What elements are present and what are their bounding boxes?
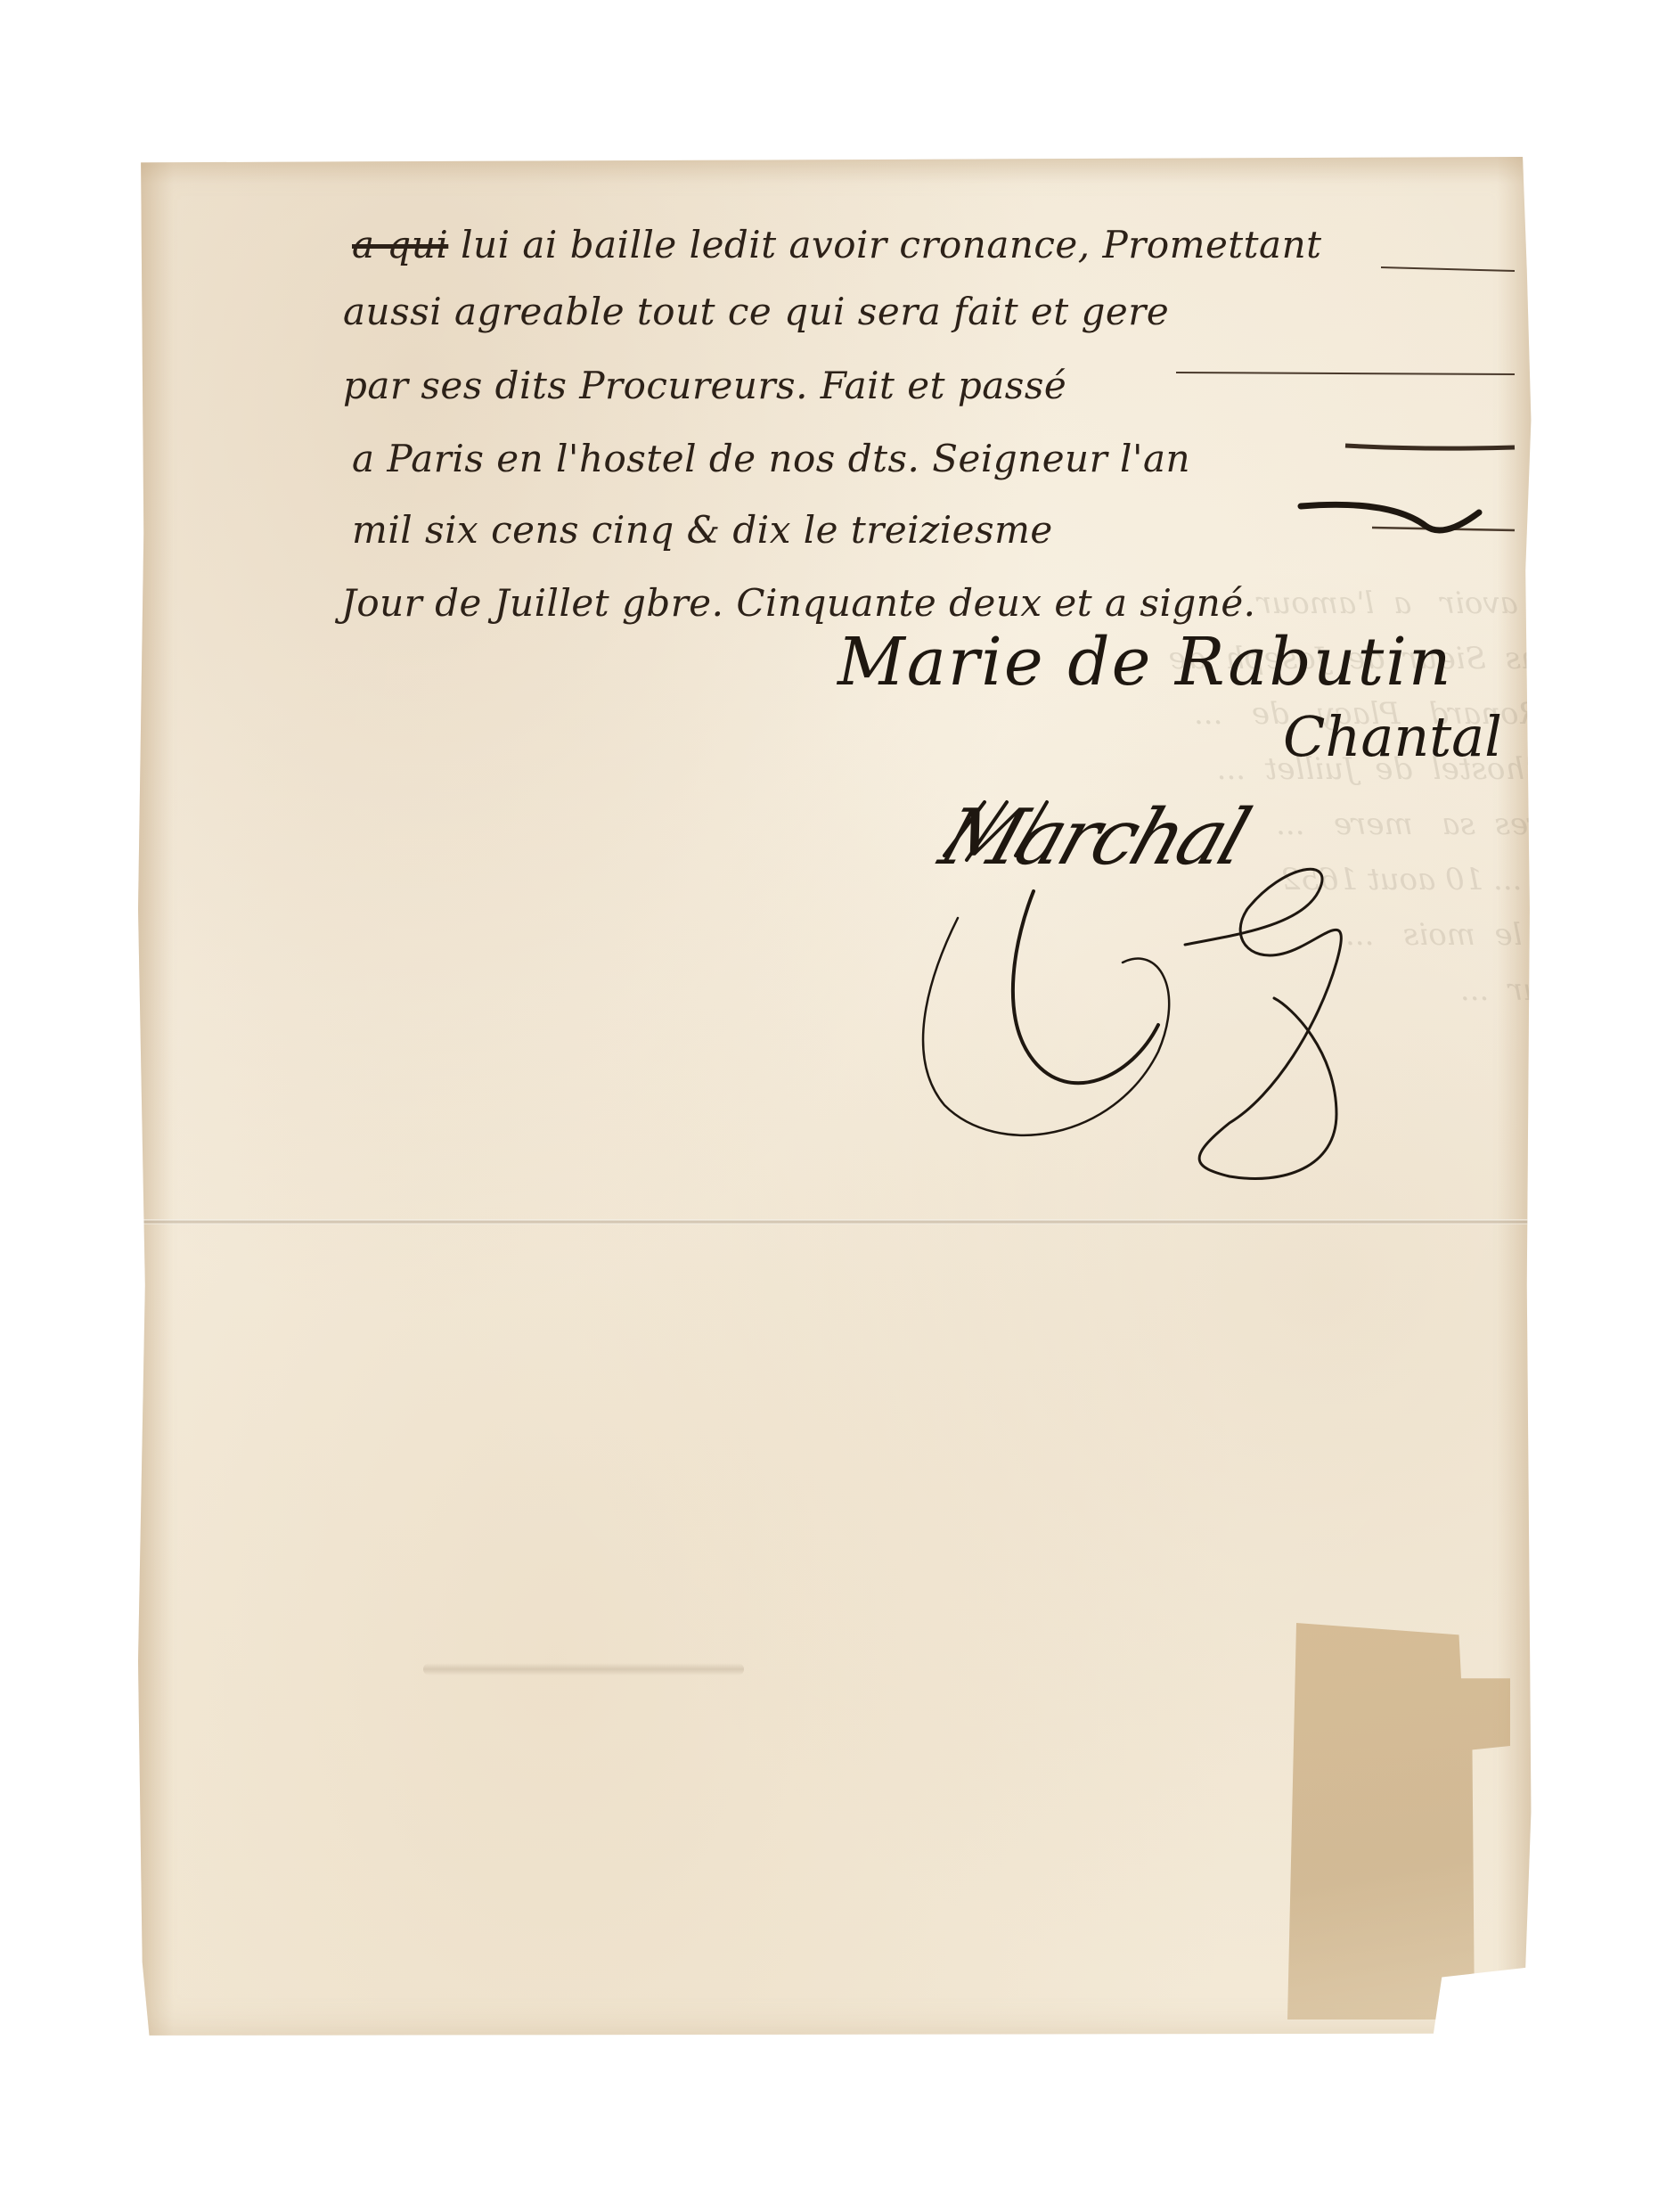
ink-dash-line-1 <box>1381 267 1515 271</box>
ink-dash-line-2 <box>1176 373 1515 374</box>
signature-line-1: Marie de Rabutin <box>837 624 1453 700</box>
ink-dash-line-3 <box>1345 446 1515 448</box>
ink-strokes <box>0 0 1675 2212</box>
signature-line-2: Chantal <box>1283 704 1502 769</box>
ink-swash-line-5 <box>1301 504 1479 530</box>
secondary-signature: Marchal <box>930 793 1257 882</box>
